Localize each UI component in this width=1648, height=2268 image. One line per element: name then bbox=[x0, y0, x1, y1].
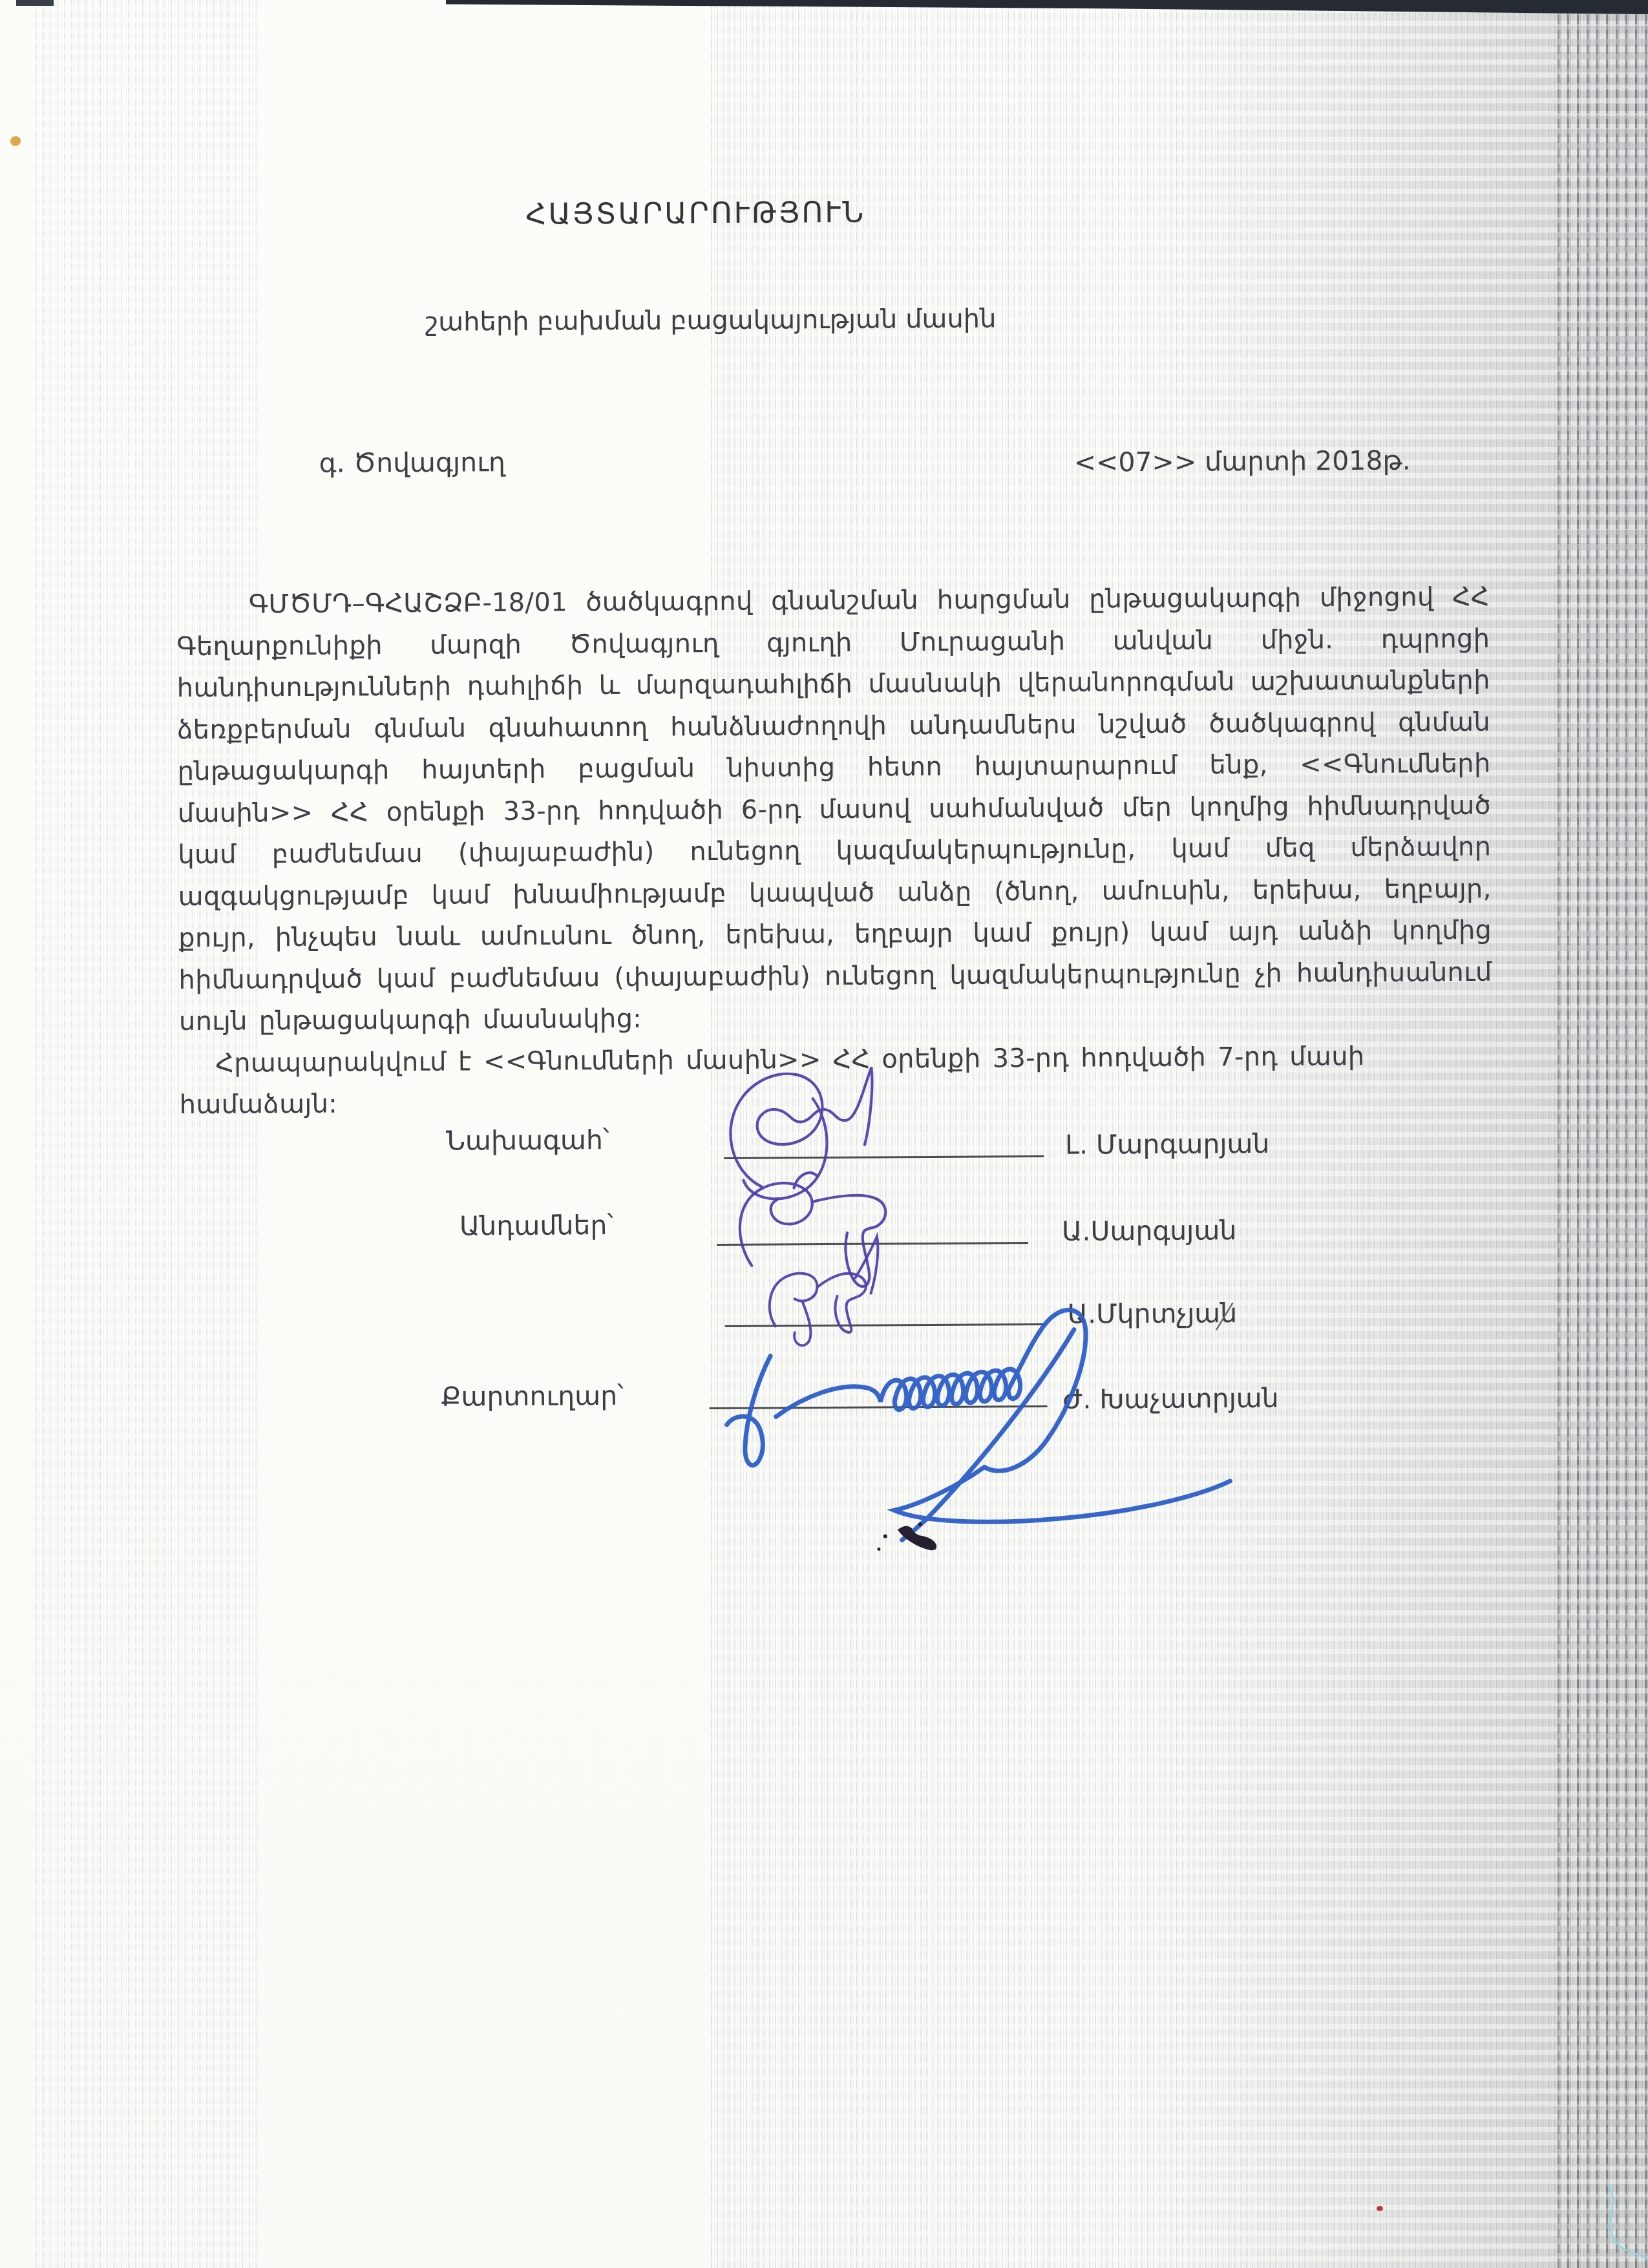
document-title: ՀԱՅՏԱՐԱՐՈՒԹՅՈՒՆ bbox=[0, 192, 1397, 235]
signature-line bbox=[717, 1242, 1028, 1246]
main-paragraph: ԳՄԾՄԴ–ԳՀԱՇՁԲ-18/01 ծածկագրով գնանշման հա… bbox=[176, 576, 1492, 1043]
signature-line bbox=[724, 1155, 1044, 1159]
closing-paragraph: Հրապարակվում է <<Գնումների մասին>> ՀՀ օր… bbox=[179, 1034, 1493, 1126]
date-label: <<07>> մարտի 2018թ. bbox=[1074, 445, 1411, 478]
scanned-document-page: ՀԱՅՏԱՐԱՐՈՒԹՅՈՒՆ շահերի բախման բացակայութ… bbox=[0, 0, 1648, 2268]
signature-role-chairman: Նախագահ՝ bbox=[446, 1124, 609, 1157]
signature-line bbox=[710, 1405, 1048, 1409]
member1-signature-ink bbox=[739, 1172, 886, 1287]
cyan-scratch-mark bbox=[1608, 2184, 1648, 2262]
signature-name-sargsyan: Ա.Սարգսյան bbox=[1062, 1215, 1237, 1247]
secretary-signature-ink bbox=[726, 1309, 1231, 1541]
document-content: ՀԱՅՏԱՐԱՐՈՒԹՅՈՒՆ շահերի բախման բացակայութ… bbox=[0, 0, 1648, 2268]
signature-role-secretary: Քարտուղար՝ bbox=[441, 1380, 624, 1412]
ink-blot bbox=[877, 1522, 936, 1551]
body-text: ԳՄԾՄԴ–ԳՀԱՇՁԲ-18/01 ծածկագրով գնանշման հա… bbox=[176, 576, 1493, 1126]
document-subtitle: շահերի բախման բացակայության մասին bbox=[0, 301, 1426, 340]
handwritten-ink-layer bbox=[0, 0, 1648, 2268]
member2-signature-ink bbox=[769, 1236, 878, 1345]
signature-line bbox=[725, 1323, 1045, 1327]
place-label: գ. Ծովագյուղ bbox=[319, 446, 505, 479]
signature-role-members: Անդամներ՝ bbox=[460, 1210, 614, 1241]
signature-name-khachatryan: Ժ. Խաչատրյան bbox=[1062, 1383, 1278, 1415]
signature-name-mkrtchyan: Ա.Մկրտչյան bbox=[1068, 1297, 1238, 1330]
signature-name-margaryan: Լ. Մարգարյան bbox=[1065, 1128, 1270, 1160]
